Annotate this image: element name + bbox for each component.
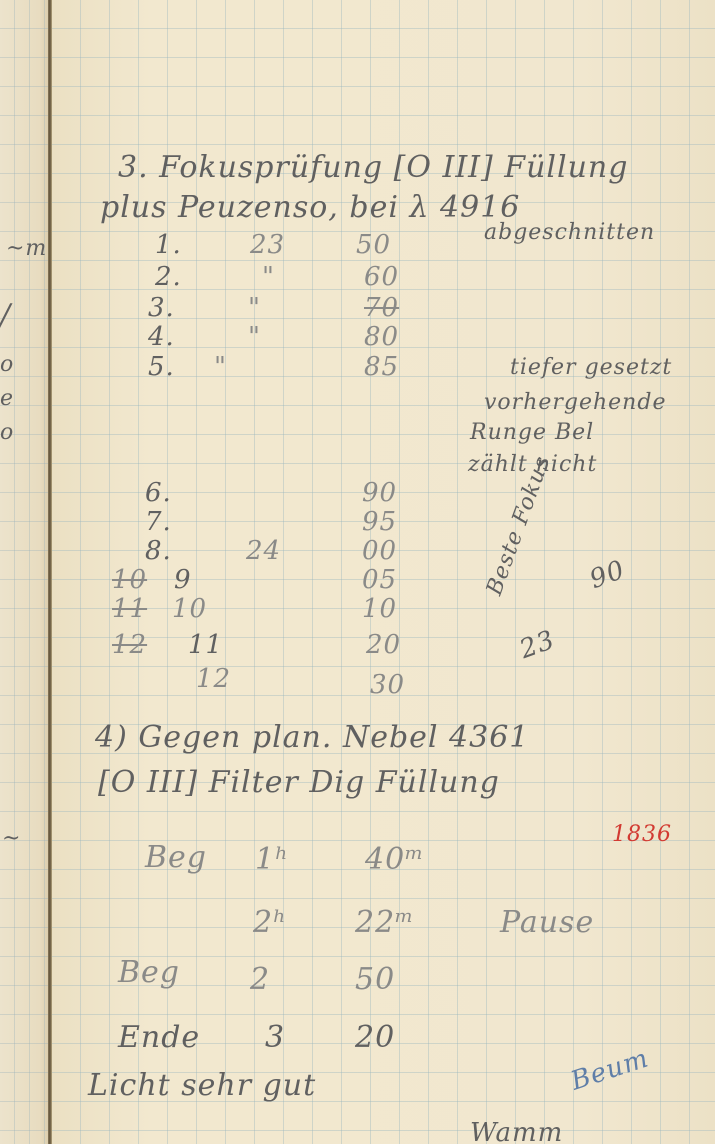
plate-number: 1836: [612, 822, 672, 847]
row-minutes: 23: [250, 230, 285, 260]
row-minutes: ": [214, 352, 227, 382]
row-index: 9: [174, 565, 192, 595]
row-value: 05: [362, 565, 397, 595]
note-line: Runge Bel: [470, 420, 594, 445]
row-value: 90: [362, 478, 397, 508]
row-index: 11: [188, 630, 223, 660]
left-page-fragment: /: [0, 298, 11, 333]
row-value: 20: [366, 630, 401, 660]
closing-remark: Licht sehr gut: [88, 1068, 316, 1103]
row-index: 6.: [145, 478, 172, 508]
row-index: 1.: [155, 230, 182, 260]
row-value: 95: [362, 507, 397, 537]
log-hour: 2: [250, 962, 270, 997]
section-3-heading-line-1: 3. Fokusprüfung [O III] Füllung: [118, 150, 628, 185]
log-minutes: 50: [355, 962, 395, 997]
row-value: 80: [364, 322, 399, 352]
row-minutes: ": [248, 322, 261, 352]
side-note-abgeschnitten: abgeschnitten: [484, 220, 655, 245]
row-index: 3.: [148, 293, 175, 323]
row-index: 12: [196, 664, 231, 694]
left-page-fragment: ~m: [6, 236, 47, 261]
row-index: 4.: [148, 322, 175, 352]
left-page-edge: ~m / o e o ~: [0, 0, 50, 1144]
row-minutes: ": [248, 293, 261, 323]
log-minutes: 20: [355, 1020, 395, 1055]
left-page-fragment: o: [0, 420, 14, 445]
log-note-pause: Pause: [500, 905, 594, 940]
left-page-fragment: ~: [2, 826, 21, 851]
row-index-struck: 11: [112, 594, 147, 624]
row-index: 7.: [145, 507, 172, 537]
row-value: 30: [370, 670, 405, 700]
row-index: 5.: [148, 352, 175, 382]
note-line: vorhergehende: [484, 390, 666, 415]
log-label: Beg: [118, 955, 180, 990]
signature-pencil: Wamm: [470, 1118, 563, 1144]
left-page-fragment: e: [0, 386, 14, 411]
row-minutes: ": [262, 262, 275, 292]
row-index: 8.: [145, 536, 172, 566]
log-minutes: 40ᵐ: [365, 842, 425, 877]
left-page-fragment: o: [0, 352, 14, 377]
section-3-heading-line-2: plus Peuzenso, bei λ 4916: [100, 190, 520, 225]
row-minutes: 24: [246, 536, 281, 566]
log-hour: 3: [265, 1020, 285, 1055]
row-value: 70: [364, 293, 399, 323]
row-index-struck: 10: [112, 565, 147, 595]
log-label: Beg: [145, 840, 207, 875]
row-index-struck: 12: [112, 630, 147, 660]
log-hour: 2ʰ: [253, 905, 287, 940]
note-line: tiefer gesetzt: [510, 355, 672, 380]
log-hour: 1ʰ: [255, 842, 289, 877]
section-4-heading-line-1: 4) Gegen plan. Nebel 4361: [95, 720, 529, 755]
section-4-heading-line-2: [O III] Filter Dig Füllung: [98, 765, 500, 800]
row-index: 10: [172, 594, 207, 624]
row-value: 10: [362, 594, 397, 624]
row-index: 2.: [155, 262, 182, 292]
row-value: 60: [364, 262, 399, 292]
row-value: 50: [356, 230, 391, 260]
log-minutes: 22ᵐ: [355, 905, 415, 940]
row-value: 85: [364, 352, 399, 382]
row-value: 00: [362, 536, 397, 566]
log-label: Ende: [118, 1020, 200, 1055]
